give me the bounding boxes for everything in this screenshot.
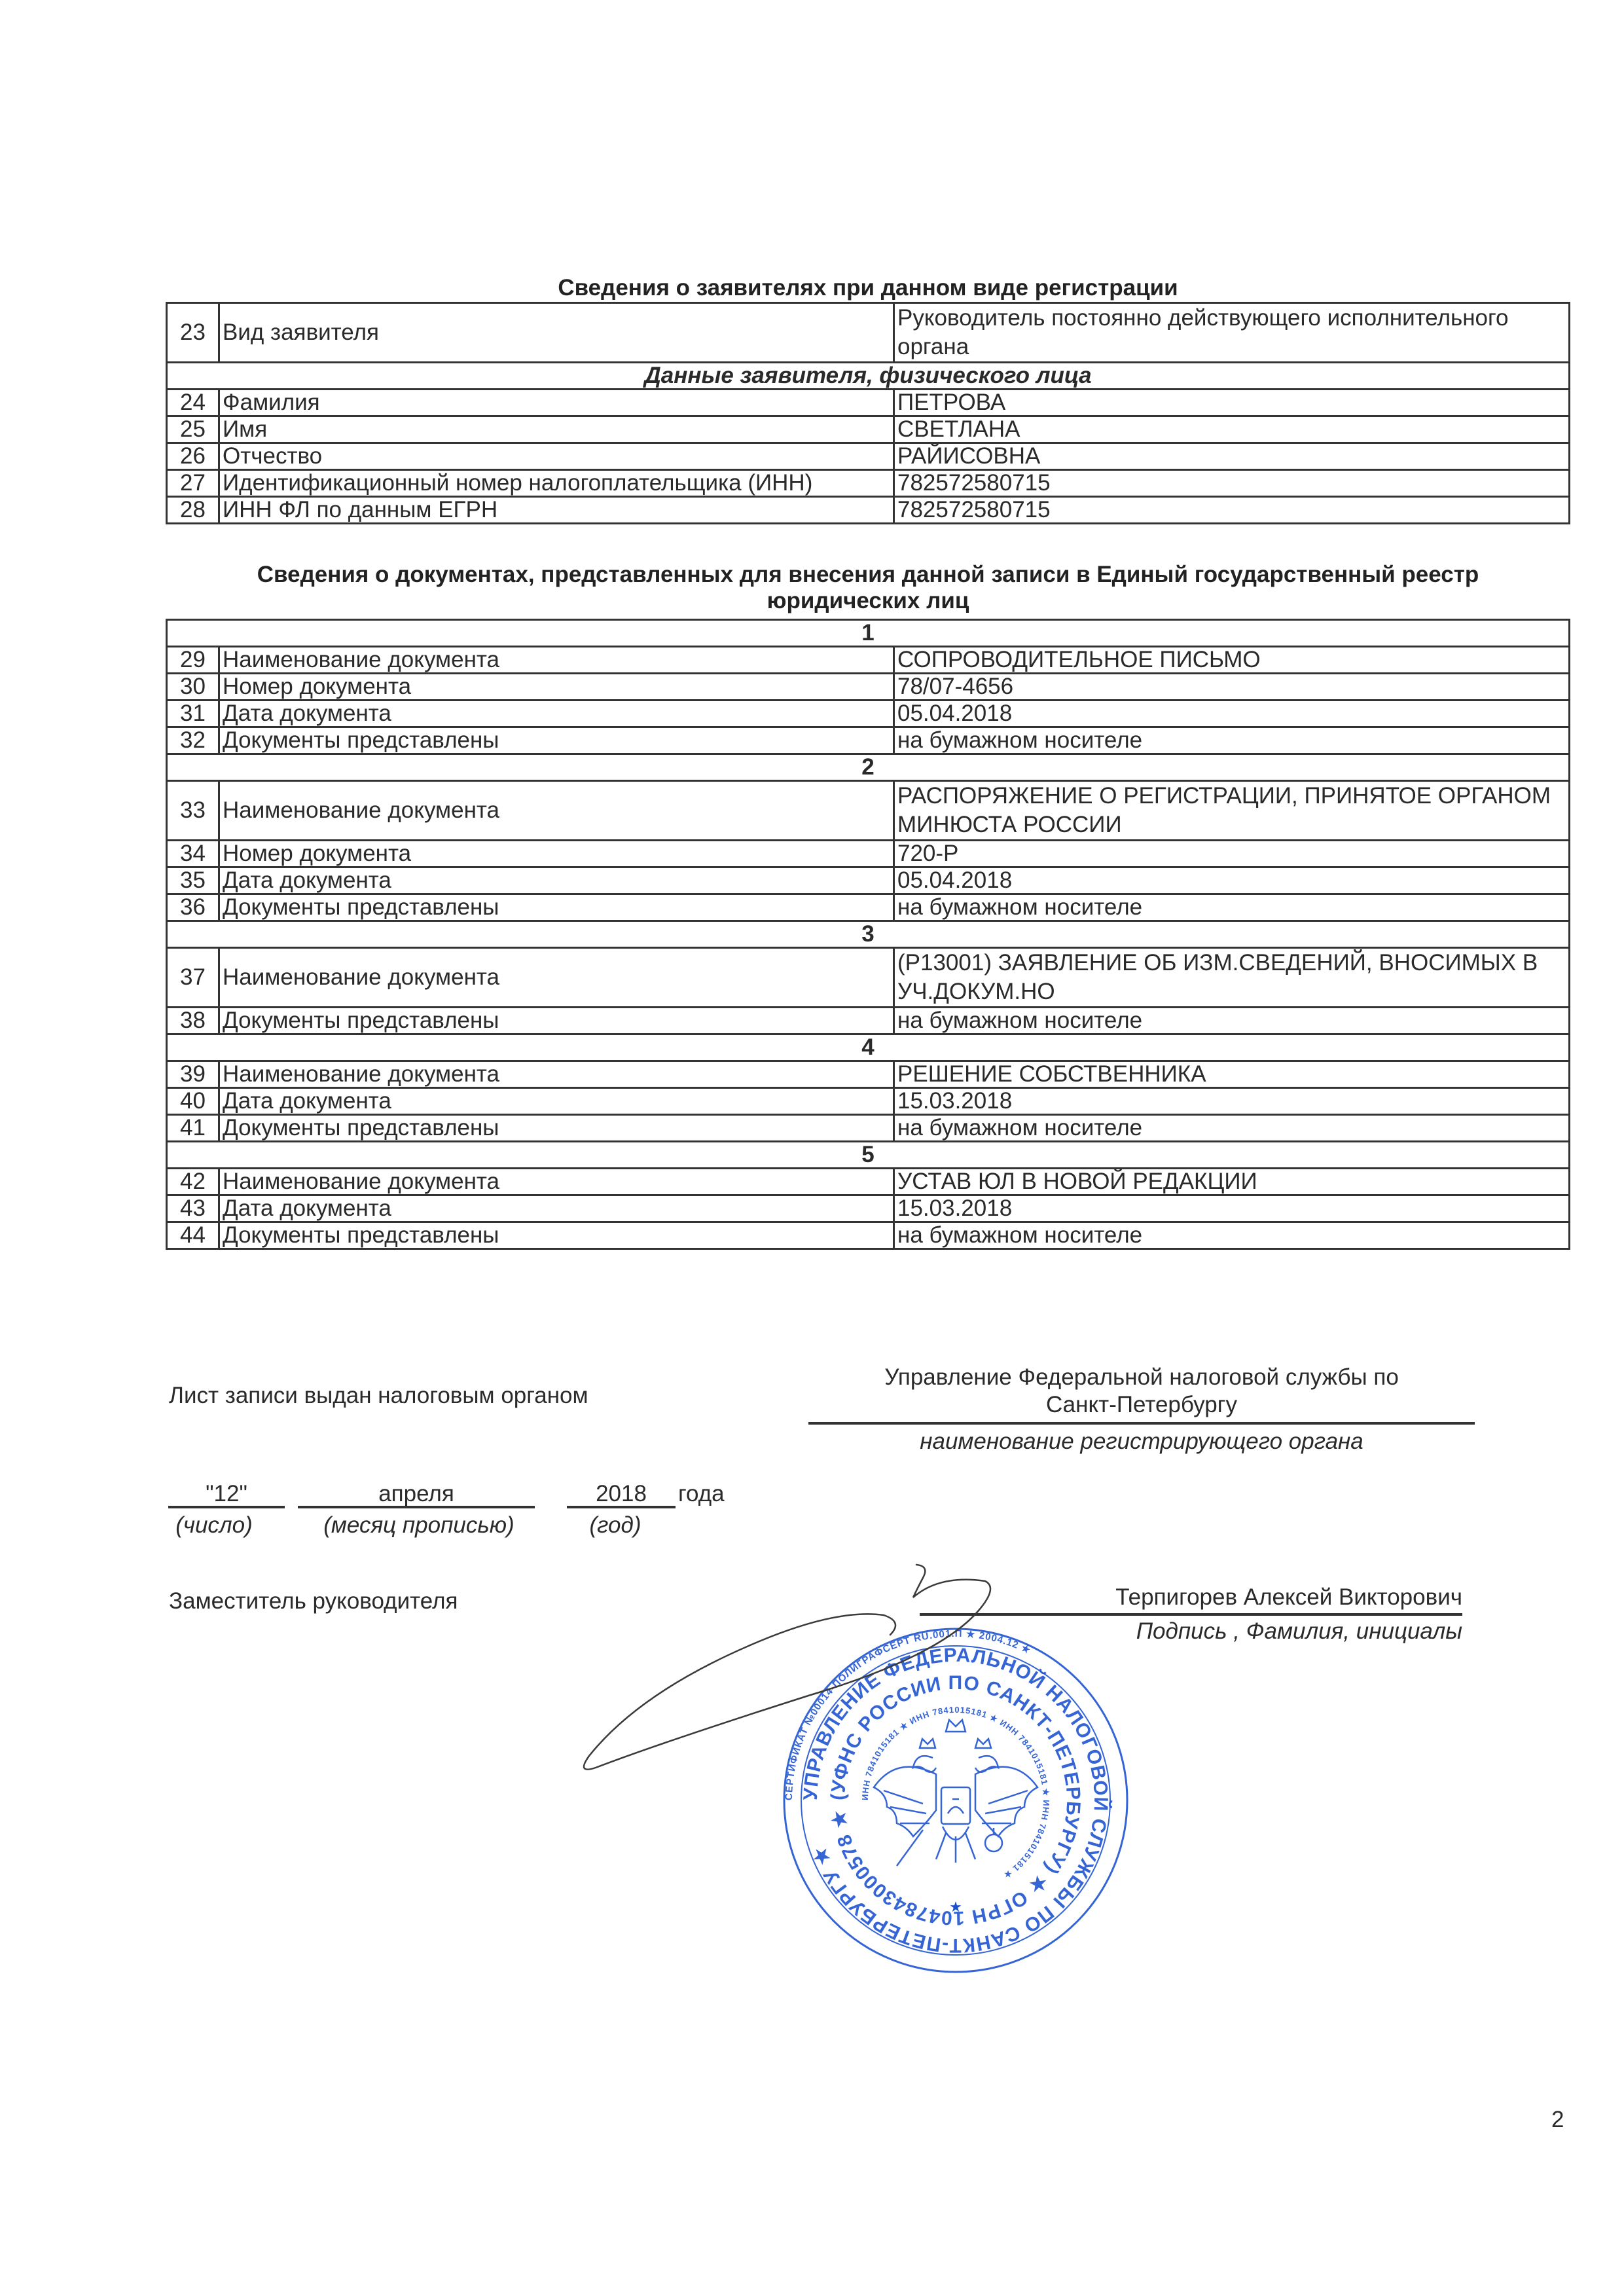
date-year-caption: (год) <box>576 1512 655 1539</box>
row-label: Имя <box>219 416 894 443</box>
authority-name-line2: Санкт-Петербургу <box>808 1392 1475 1418</box>
table-row: 39Наименование документаРЕШЕНИЕ СОБСТВЕН… <box>167 1061 1570 1088</box>
row-label: Дата документа <box>219 1195 894 1222</box>
table-row: 41Документы представленына бумажном носи… <box>167 1115 1570 1142</box>
row-label: Наименование документа <box>219 781 894 841</box>
row-value: 782572580715 <box>894 470 1570 497</box>
table-row: 42Наименование документаУСТАВ ЮЛ В НОВОЙ… <box>167 1169 1570 1195</box>
row-value: ПЕТРОВА <box>894 390 1570 416</box>
row-number: 28 <box>167 497 219 524</box>
document-group-header-cell: 5 <box>167 1142 1570 1169</box>
table-row: 38Документы представленына бумажном носи… <box>167 1008 1570 1034</box>
table-row: 24ФамилияПЕТРОВА <box>167 390 1570 416</box>
documents-section-title: Сведения о документах, представленных дл… <box>166 560 1570 615</box>
row-label: Наименование документа <box>219 948 894 1008</box>
table-row: 36Документы представленына бумажном носи… <box>167 894 1570 921</box>
row-number: 25 <box>167 416 219 443</box>
date-month-caption: (месяц прописью) <box>314 1512 524 1539</box>
signatory-name: Терпигорев Алексей Викторович <box>1100 1584 1462 1611</box>
date-year: 2018 <box>567 1481 676 1507</box>
row-value: 782572580715 <box>894 497 1570 524</box>
row-label: Номер документа <box>219 841 894 867</box>
row-value: Руководитель постоянно действующего испо… <box>894 303 1570 363</box>
row-number: 40 <box>167 1088 219 1115</box>
date-month-underline <box>298 1506 535 1508</box>
row-number: 24 <box>167 390 219 416</box>
row-label: Дата документа <box>219 1088 894 1115</box>
table-row: 27Идентификационный номер налогоплательщ… <box>167 470 1570 497</box>
row-number: 30 <box>167 674 219 701</box>
date-year-underline <box>567 1506 676 1508</box>
table-row: 23Вид заявителяРуководитель постоянно де… <box>167 303 1570 363</box>
authority-underline <box>808 1422 1475 1425</box>
documents-title-line2: юридических лиц <box>166 587 1570 615</box>
table-row: 35Дата документа05.04.2018 <box>167 867 1570 894</box>
row-value: РАСПОРЯЖЕНИЕ О РЕГИСТРАЦИИ, ПРИНЯТОЕ ОРГ… <box>894 781 1570 841</box>
document-group-header-cell: 1 <box>167 620 1570 647</box>
row-value: 15.03.2018 <box>894 1088 1570 1115</box>
row-number: 23 <box>167 303 219 363</box>
row-value: на бумажном носителе <box>894 894 1570 921</box>
row-label: Идентификационный номер налогоплательщик… <box>219 470 894 497</box>
table-row: 43Дата документа15.03.2018 <box>167 1195 1570 1222</box>
row-value: (Р13001) ЗАЯВЛЕНИЕ ОБ ИЗМ.СВЕДЕНИЙ, ВНОС… <box>894 948 1570 1008</box>
row-value: на бумажном носителе <box>894 1008 1570 1034</box>
table-row: 34Номер документа720-Р <box>167 841 1570 867</box>
document-group-header: 1 <box>167 620 1570 647</box>
row-number: 39 <box>167 1061 219 1088</box>
row-number: 33 <box>167 781 219 841</box>
row-number: 41 <box>167 1115 219 1142</box>
table-row: 40Дата документа15.03.2018 <box>167 1088 1570 1115</box>
signatory-position: Заместитель руководителя <box>169 1588 458 1614</box>
row-number: 32 <box>167 727 219 754</box>
table-row: 32Документы представленына бумажном носи… <box>167 727 1570 754</box>
document-group-header-cell: 2 <box>167 754 1570 781</box>
row-value: на бумажном носителе <box>894 727 1570 754</box>
row-label: Документы представлены <box>219 1008 894 1034</box>
row-label: Документы представлены <box>219 1222 894 1249</box>
row-label: Отчество <box>219 443 894 470</box>
date-day: "12" <box>168 1481 285 1507</box>
row-number: 26 <box>167 443 219 470</box>
row-label: Документы представлены <box>219 1115 894 1142</box>
row-value: на бумажном носителе <box>894 1115 1570 1142</box>
row-label: Наименование документа <box>219 647 894 674</box>
row-label: Документы представлены <box>219 727 894 754</box>
row-number: 38 <box>167 1008 219 1034</box>
row-value: 05.04.2018 <box>894 701 1570 727</box>
date-month: апреля <box>298 1481 535 1507</box>
row-label: Дата документа <box>219 867 894 894</box>
row-value: на бумажном носителе <box>894 1222 1570 1249</box>
row-number: 29 <box>167 647 219 674</box>
table-row: 25ИмяСВЕТЛАНА <box>167 416 1570 443</box>
applicant-subheader: Данные заявителя, физического лица <box>167 363 1570 390</box>
document-group-header-cell: 4 <box>167 1034 1570 1061</box>
document-group-header: 3 <box>167 921 1570 948</box>
row-label: ИНН ФЛ по данным ЕГРН <box>219 497 894 524</box>
row-value: РАЙИСОВНА <box>894 443 1570 470</box>
table-row: 29Наименование документаСОПРОВОДИТЕЛЬНОЕ… <box>167 647 1570 674</box>
row-number: 35 <box>167 867 219 894</box>
applicant-subheader-cell: Данные заявителя, физического лица <box>167 363 1570 390</box>
page-number: 2 <box>1551 2107 1564 2133</box>
row-label: Дата документа <box>219 701 894 727</box>
document-group-header-cell: 3 <box>167 921 1570 948</box>
signature-caption: Подпись , Фамилия, инициалы <box>1100 1618 1462 1645</box>
authority-name-line1: Управление Федеральной налоговой службы … <box>808 1364 1475 1391</box>
date-day-underline <box>168 1506 285 1508</box>
applicants-table: 23Вид заявителяРуководитель постоянно де… <box>166 302 1570 524</box>
date-day-caption: (число) <box>168 1512 260 1539</box>
documents-title-line1: Сведения о документах, представленных дл… <box>166 560 1570 589</box>
table-row: 30Номер документа78/07-4656 <box>167 674 1570 701</box>
row-label: Фамилия <box>219 390 894 416</box>
row-value: 05.04.2018 <box>894 867 1570 894</box>
table-row: 31Дата документа05.04.2018 <box>167 701 1570 727</box>
row-number: 37 <box>167 948 219 1008</box>
stamp-star-icon: ★ <box>949 1899 962 1915</box>
row-number: 31 <box>167 701 219 727</box>
row-label: Вид заявителя <box>219 303 894 363</box>
row-number: 34 <box>167 841 219 867</box>
row-value: УСТАВ ЮЛ В НОВОЙ РЕДАКЦИИ <box>894 1169 1570 1195</box>
row-value: 720-Р <box>894 841 1570 867</box>
table-row: 26ОтчествоРАЙИСОВНА <box>167 443 1570 470</box>
authority-caption: наименование регистрирующего органа <box>808 1429 1475 1455</box>
row-label: Наименование документа <box>219 1061 894 1088</box>
row-value: СВЕТЛАНА <box>894 416 1570 443</box>
handwritten-signature <box>563 1558 1021 1794</box>
documents-table: 129Наименование документаСОПРОВОДИТЕЛЬНО… <box>166 619 1570 1250</box>
row-number: 36 <box>167 894 219 921</box>
issued-by-label: Лист записи выдан налоговым органом <box>169 1383 588 1409</box>
table-row: 37Наименование документа(Р13001) ЗАЯВЛЕН… <box>167 948 1570 1008</box>
row-number: 43 <box>167 1195 219 1222</box>
row-value: РЕШЕНИЕ СОБСТВЕННИКА <box>894 1061 1570 1088</box>
date-year-suffix: года <box>678 1481 725 1507</box>
table-row: 44Документы представленына бумажном носи… <box>167 1222 1570 1249</box>
row-number: 44 <box>167 1222 219 1249</box>
row-number: 42 <box>167 1169 219 1195</box>
table-row: 33Наименование документаРАСПОРЯЖЕНИЕ О Р… <box>167 781 1570 841</box>
applicants-section-title: Сведения о заявителях при данном виде ре… <box>166 274 1570 302</box>
row-value: СОПРОВОДИТЕЛЬНОЕ ПИСЬМО <box>894 647 1570 674</box>
document-group-header: 2 <box>167 754 1570 781</box>
document-group-header: 5 <box>167 1142 1570 1169</box>
row-number: 27 <box>167 470 219 497</box>
row-value: 78/07-4656 <box>894 674 1570 701</box>
table-row: 28ИНН ФЛ по данным ЕГРН782572580715 <box>167 497 1570 524</box>
row-label: Номер документа <box>219 674 894 701</box>
row-value: 15.03.2018 <box>894 1195 1570 1222</box>
row-label: Документы представлены <box>219 894 894 921</box>
row-label: Наименование документа <box>219 1169 894 1195</box>
document-group-header: 4 <box>167 1034 1570 1061</box>
